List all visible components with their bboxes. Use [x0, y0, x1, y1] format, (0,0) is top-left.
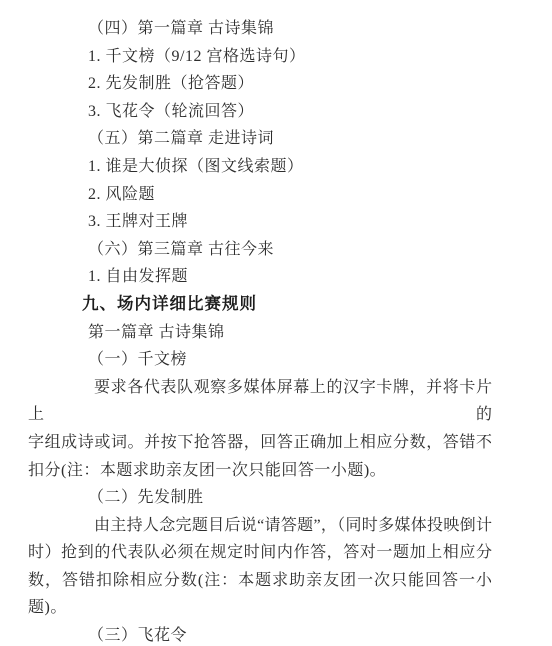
outline-item-fengxianti: 2. 风险题: [28, 181, 492, 209]
chapter1-title: 第一篇章 古诗集锦: [28, 319, 492, 347]
outline-item-xianfazhisheng: 2. 先发制胜（抢答题）: [28, 70, 492, 98]
paragraph-qianwenbang-line3: 扣分(注：本题求助亲友团一次只能回答一小题)。: [28, 457, 492, 485]
paragraph-qianwenbang-line1: 要求各代表队观察多媒体屏幕上的汉字卡牌，并将卡片上的: [28, 374, 492, 429]
document-content: （四）第一篇章 古诗集锦 1. 千文榜（9/12 宫格选诗句） 2. 先发制胜（…: [0, 0, 552, 646]
subsection-title-feihualing: （三）飞花令: [28, 622, 492, 646]
paragraph-xianfazhisheng-line4: 题)。: [28, 594, 492, 622]
subsection-title-qianwenbang: （一）千文榜: [28, 346, 492, 374]
document-page: （四）第一篇章 古诗集锦 1. 千文榜（9/12 宫格选诗句） 2. 先发制胜（…: [0, 0, 552, 646]
paragraph-xianfazhisheng-line1: 由主持人念完题目后说“请答题”，（同时多媒体投映倒计: [28, 512, 492, 540]
section-heading-detailed-rules: 九、场内详细比赛规则: [28, 291, 492, 319]
outline-item-qianwenbang: 1. 千文榜（9/12 宫格选诗句）: [28, 43, 492, 71]
paragraph-xianfazhisheng-line2: 时）抢到的代表队必须在规定时间内作答，答对一题加上相应分: [28, 539, 492, 567]
subsection-title-xianfazhisheng: （二）先发制胜: [28, 484, 492, 512]
outline-item-section4-chapter1: （四）第一篇章 古诗集锦: [28, 15, 492, 43]
paragraph-qianwenbang-line2: 字组成诗或词。并按下抢答器，回答正确加上相应分数，答错不: [28, 429, 492, 457]
outline-item-section5-chapter2: （五）第二篇章 走进诗词: [28, 125, 492, 153]
outline-item-feihualing: 3. 飞花令（轮流回答）: [28, 98, 492, 126]
outline-item-wangpai: 3. 王牌对王牌: [28, 208, 492, 236]
outline-item-dazhentan: 1. 谁是大侦探（图文线索题）: [28, 153, 492, 181]
outline-item-section6-chapter3: （六）第三篇章 古往今来: [28, 236, 492, 264]
paragraph-xianfazhisheng-line3: 数，答错扣除相应分数(注：本题求助亲友团一次只能回答一小: [28, 567, 492, 595]
outline-item-ziyoufahui: 1. 自由发挥题: [28, 263, 492, 291]
